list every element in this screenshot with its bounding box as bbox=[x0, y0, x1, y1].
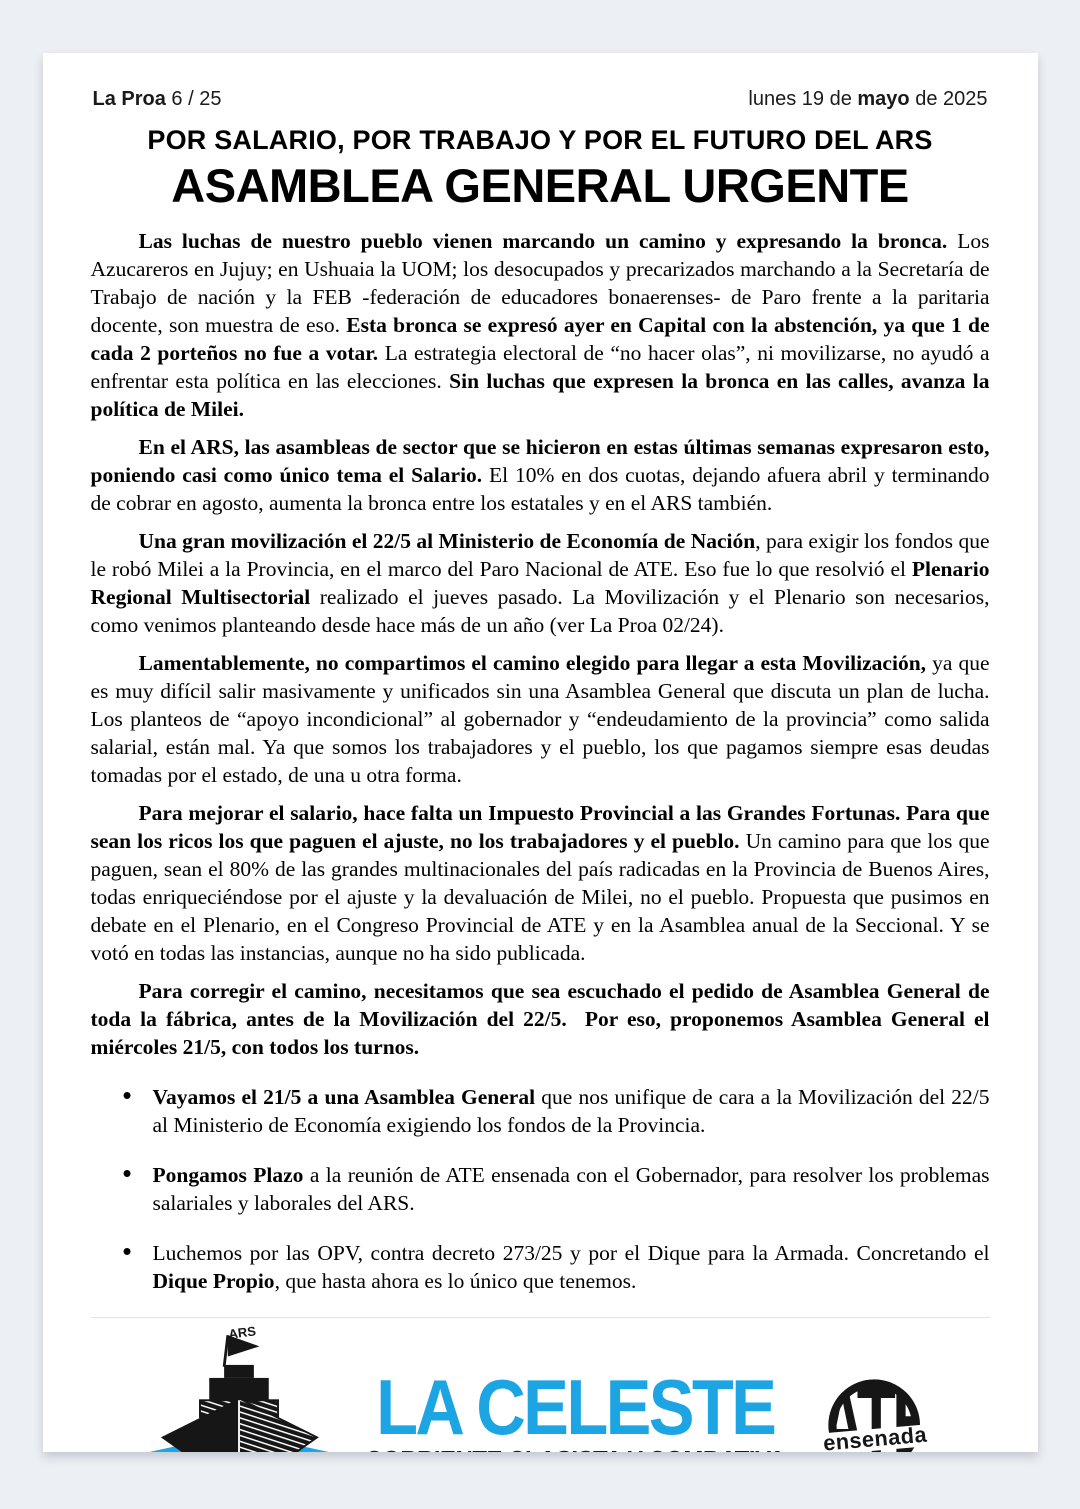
date-month: mayo bbox=[857, 88, 909, 110]
paragraph: Las luchas de nuestro pueblo vienen marc… bbox=[91, 227, 990, 423]
paragraph: Para mejorar el salario, hace falta un I… bbox=[91, 799, 990, 967]
bold-run: Para corregir el camino, necesitamos que… bbox=[91, 979, 990, 1059]
paragraph: Para corregir el camino, necesitamos que… bbox=[91, 977, 990, 1061]
bold-run: Dique Propio bbox=[153, 1269, 275, 1293]
ate-ensenada-logo-icon: ATE ensenada bbox=[817, 1371, 935, 1452]
bullet-item: Luchemos por las OPV, contra decreto 273… bbox=[153, 1239, 990, 1295]
ship-logo-icon: ARS bbox=[145, 1324, 333, 1452]
publication-name: La Proa bbox=[93, 88, 166, 110]
paragraph: Lamentablemente, no compartimos el camin… bbox=[91, 649, 990, 789]
bold-run: Pongamos Plazo bbox=[153, 1163, 304, 1187]
paragraph: Una gran movilización el 22/5 al Ministe… bbox=[91, 527, 990, 639]
issue-number: 6 / 25 bbox=[166, 88, 222, 110]
brand-name: LA CELESTE bbox=[376, 1371, 774, 1443]
paragraph: En el ARS, las asambleas de sector que s… bbox=[91, 433, 990, 517]
page-title: ASAMBLEA GENERAL URGENTE bbox=[91, 159, 990, 212]
bold-run: Las luchas de nuestro pueblo vienen marc… bbox=[139, 229, 948, 253]
bold-run: Vayamos el 21/5 a una Asamblea General bbox=[153, 1085, 536, 1109]
publication-issue: La Proa 6 / 25 bbox=[93, 87, 222, 111]
brand-tagline: CORRIENTE CLASISTA Y COMBATIVA bbox=[365, 1445, 785, 1452]
document-page: La Proa 6 / 25 lunes 19 de mayo de 2025 … bbox=[43, 53, 1038, 1452]
bold-run: Una gran movilización el 22/5 al Ministe… bbox=[139, 529, 756, 553]
footer-logo-banner: ARS LA CELESTE CORRIENTE CLASISTA Y COMB… bbox=[91, 1317, 990, 1452]
kicker-headline: POR SALARIO, POR TRABAJO Y POR EL FUTURO… bbox=[91, 125, 990, 156]
masthead: La Proa 6 / 25 lunes 19 de mayo de 2025 bbox=[91, 83, 990, 111]
brand-block: LA CELESTE CORRIENTE CLASISTA Y COMBATIV… bbox=[347, 1371, 804, 1452]
bullet-item: Vayamos el 21/5 a una Asamblea General q… bbox=[153, 1083, 990, 1139]
text-run: , que hasta ahora es lo único que tenemo… bbox=[275, 1269, 637, 1293]
bullet-list: Vayamos el 21/5 a una Asamblea General q… bbox=[91, 1083, 990, 1295]
bold-run: Lamentablemente, no compartimos el camin… bbox=[139, 651, 927, 675]
date-line: lunes 19 de mayo de 2025 bbox=[748, 87, 987, 111]
bullet-item: Pongamos Plazo a la reunión de ATE ensen… bbox=[153, 1161, 990, 1217]
paragraphs: Las luchas de nuestro pueblo vienen marc… bbox=[91, 227, 990, 1061]
text-run: Luchemos por las OPV, contra decreto 273… bbox=[153, 1241, 990, 1265]
